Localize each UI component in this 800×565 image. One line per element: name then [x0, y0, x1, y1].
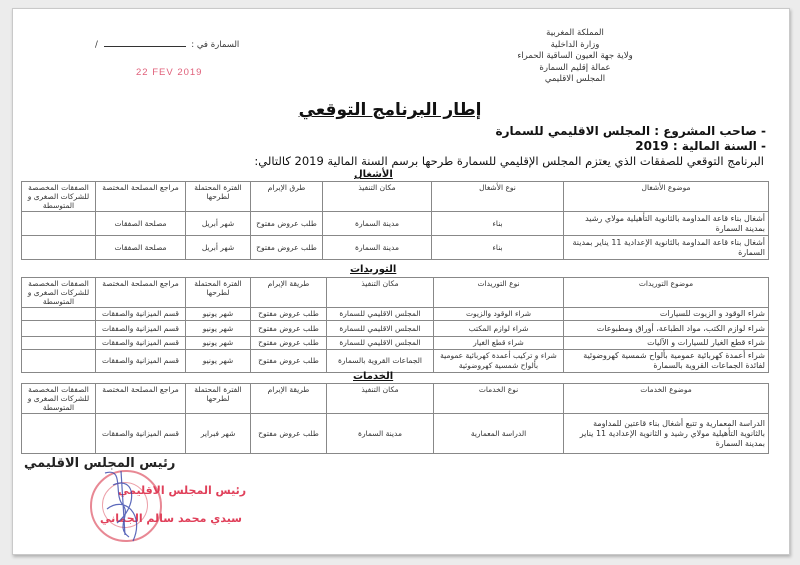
- cell: [22, 337, 96, 350]
- handwritten-signature-icon: [95, 465, 155, 545]
- column-header: الصفقات المخصصة للشركات الصغرى و المتوسط…: [22, 278, 96, 308]
- section-title-works: الأشغال: [354, 169, 393, 180]
- cell: طلب عروض مفتوح: [251, 414, 327, 454]
- column-header: مكان التنفيذ: [327, 384, 434, 414]
- cell: قسم الميزانية والصفقات: [96, 414, 186, 454]
- cell: شهر يونيو: [186, 350, 251, 373]
- cell: مدينة السمارة: [323, 236, 432, 260]
- project-owner: - صاحب المشروع : المجلس الاقليمي للسمارة: [495, 124, 766, 138]
- received-date-stamp: 22 FEV 2019: [136, 67, 202, 78]
- column-header: مراجع المصلحة المختصة: [96, 384, 186, 414]
- cell: الدراسة المعمارية: [434, 414, 564, 454]
- date-slash: /: [95, 40, 98, 50]
- column-header: نوع التوريدات: [434, 278, 564, 308]
- table-row: شراء لوازم الكتب، مواد الطباعة، أوراق وم…: [22, 321, 769, 337]
- column-header: طريقة الإبرام: [251, 384, 327, 414]
- issuer-line: المملكة المغربية: [490, 28, 660, 40]
- cell: شهر يونيو: [186, 308, 251, 321]
- cell: أشغال بناء قاعة المداومة بالثانوية الإعد…: [564, 236, 769, 260]
- cell: شراء الوقود والزيوت: [434, 308, 564, 321]
- cell: طلب عروض مفتوح: [251, 337, 327, 350]
- cell: [22, 321, 96, 337]
- column-header: مكان التنفيذ: [323, 182, 432, 212]
- cell: مدينة السمارة: [323, 212, 432, 236]
- services-table: موضوع الخدمات نوع الخدمات مكان التنفيذ ط…: [21, 383, 769, 454]
- cell: شهر يونيو: [186, 321, 251, 337]
- works-table: موضوع الأشغال نوع الأشغال مكان التنفيذ ط…: [21, 181, 769, 260]
- supplies-table: موضوع التوريدات نوع التوريدات مكان التنف…: [21, 277, 769, 373]
- cell: شراء لوازم المكتب: [434, 321, 564, 337]
- cell: قسم الميزانية والصفقات: [96, 308, 186, 321]
- date-blank: [104, 46, 186, 47]
- table-header-row: موضوع الخدمات نوع الخدمات مكان التنفيذ ط…: [22, 384, 769, 414]
- cell: شراء لوازم الكتب، مواد الطباعة، أوراق وم…: [564, 321, 769, 337]
- cell: طلب عروض مفتوح: [251, 212, 323, 236]
- column-header: طريقة الإبرام: [251, 278, 327, 308]
- cell: [22, 350, 96, 373]
- cell: شهر أبريل: [186, 212, 251, 236]
- cell: شهر يونيو: [186, 337, 251, 350]
- date-line: السمارة في : /: [95, 40, 239, 50]
- cell: طلب عروض مفتوح: [251, 321, 327, 337]
- table-row: شراء الوقود و الزيوت للسيارات شراء الوقو…: [22, 308, 769, 321]
- cell: أشغال بناء قاعة المداومة بالثانوية التأه…: [564, 212, 769, 236]
- column-header: الفترة المحتملة لطرحها: [186, 278, 251, 308]
- fiscal-year: - السنة المالية : 2019: [635, 139, 766, 153]
- issuer-line: عمالة إقليم السمارة: [490, 63, 660, 75]
- cell: المجلس الاقليمي للسمارة: [327, 321, 434, 337]
- intro-text: البرنامج التوقعي للصفقات الذي يعتزم المج…: [254, 154, 764, 168]
- cell: [22, 308, 96, 321]
- cell: قسم الميزانية والصفقات: [96, 350, 186, 373]
- cell: شراء و تركيب أعمدة كهربائية عمومية بألوا…: [434, 350, 564, 373]
- cell: بناء: [432, 212, 564, 236]
- table-header-row: موضوع الأشغال نوع الأشغال مكان التنفيذ ط…: [22, 182, 769, 212]
- date-label: السمارة في :: [191, 40, 239, 50]
- table-header-row: موضوع التوريدات نوع التوريدات مكان التنف…: [22, 278, 769, 308]
- column-header: مكان التنفيذ: [327, 278, 434, 308]
- issuer-header: المملكة المغربية وزارة الداخلية ولاية جه…: [490, 28, 660, 86]
- cell: [22, 212, 96, 236]
- cell: الدراسة المعمارية و تتبع أشغال بناء قاعت…: [564, 414, 769, 454]
- column-header: نوع الأشغال: [432, 182, 564, 212]
- cell: شهر أبريل: [186, 236, 251, 260]
- column-header: طرق الإبرام: [251, 182, 323, 212]
- table-row: أشغال بناء قاعة المداومة بالثانوية التأه…: [22, 212, 769, 236]
- issuer-line: ولاية جهة العيون الساقية الحمراء: [490, 51, 660, 63]
- section-title-supplies: التوريدات: [350, 264, 396, 275]
- cell: المجلس الاقليمي للسمارة: [327, 308, 434, 321]
- cell: [22, 236, 96, 260]
- cell: [22, 414, 96, 454]
- cell: مدينة السمارة: [327, 414, 434, 454]
- cell: طلب عروض مفتوح: [251, 236, 323, 260]
- cell: شراء قطع الغيار: [434, 337, 564, 350]
- issuer-line: المجلس الاقليمي: [490, 74, 660, 86]
- column-header: الصفقات المخصصة للشركات الصغرى و المتوسط…: [22, 182, 96, 212]
- cell: طلب عروض مفتوح: [251, 308, 327, 321]
- issuer-line: وزارة الداخلية: [490, 40, 660, 52]
- section-title-services: الخدمات: [353, 371, 393, 382]
- column-header: مراجع المصلحة المختصة: [96, 182, 186, 212]
- table-row: الدراسة المعمارية و تتبع أشغال بناء قاعت…: [22, 414, 769, 454]
- cell: قسم الميزانية والصفقات: [96, 337, 186, 350]
- cell: الجماعات القروية بالسمارة: [327, 350, 434, 373]
- column-header: نوع الخدمات: [434, 384, 564, 414]
- cell: قسم الميزانية والصفقات: [96, 321, 186, 337]
- cell: مصلحة الصفقات: [96, 212, 186, 236]
- page-title: إطار البرنامج التوقعي: [290, 100, 490, 120]
- table-row: أشغال بناء قاعة المداومة بالثانوية الإعد…: [22, 236, 769, 260]
- column-header: موضوع التوريدات: [564, 278, 769, 308]
- cell: بناء: [432, 236, 564, 260]
- cell: المجلس الاقليمي للسمارة: [327, 337, 434, 350]
- column-header: موضوع الأشغال: [564, 182, 769, 212]
- column-header: موضوع الخدمات: [564, 384, 769, 414]
- cell: شهر فبراير: [186, 414, 251, 454]
- column-header: الفترة المحتملة لطرحها: [186, 182, 251, 212]
- cell: طلب عروض مفتوح: [251, 350, 327, 373]
- cell: مصلحة الصفقات: [96, 236, 186, 260]
- cell: شراء أعمدة كهربائية عمومية بألواح شمسية …: [564, 350, 769, 373]
- column-header: مراجع المصلحة المختصة: [96, 278, 186, 308]
- column-header: الفترة المحتملة لطرحها: [186, 384, 251, 414]
- cell: شراء قطع الغيار للسيارات و الآليات: [564, 337, 769, 350]
- table-row: شراء قطع الغيار للسيارات و الآليات شراء …: [22, 337, 769, 350]
- table-row: شراء أعمدة كهربائية عمومية بألواح شمسية …: [22, 350, 769, 373]
- cell: شراء الوقود و الزيوت للسيارات: [564, 308, 769, 321]
- column-header: الصفقات المخصصة للشركات الصغرى و المتوسط…: [22, 384, 96, 414]
